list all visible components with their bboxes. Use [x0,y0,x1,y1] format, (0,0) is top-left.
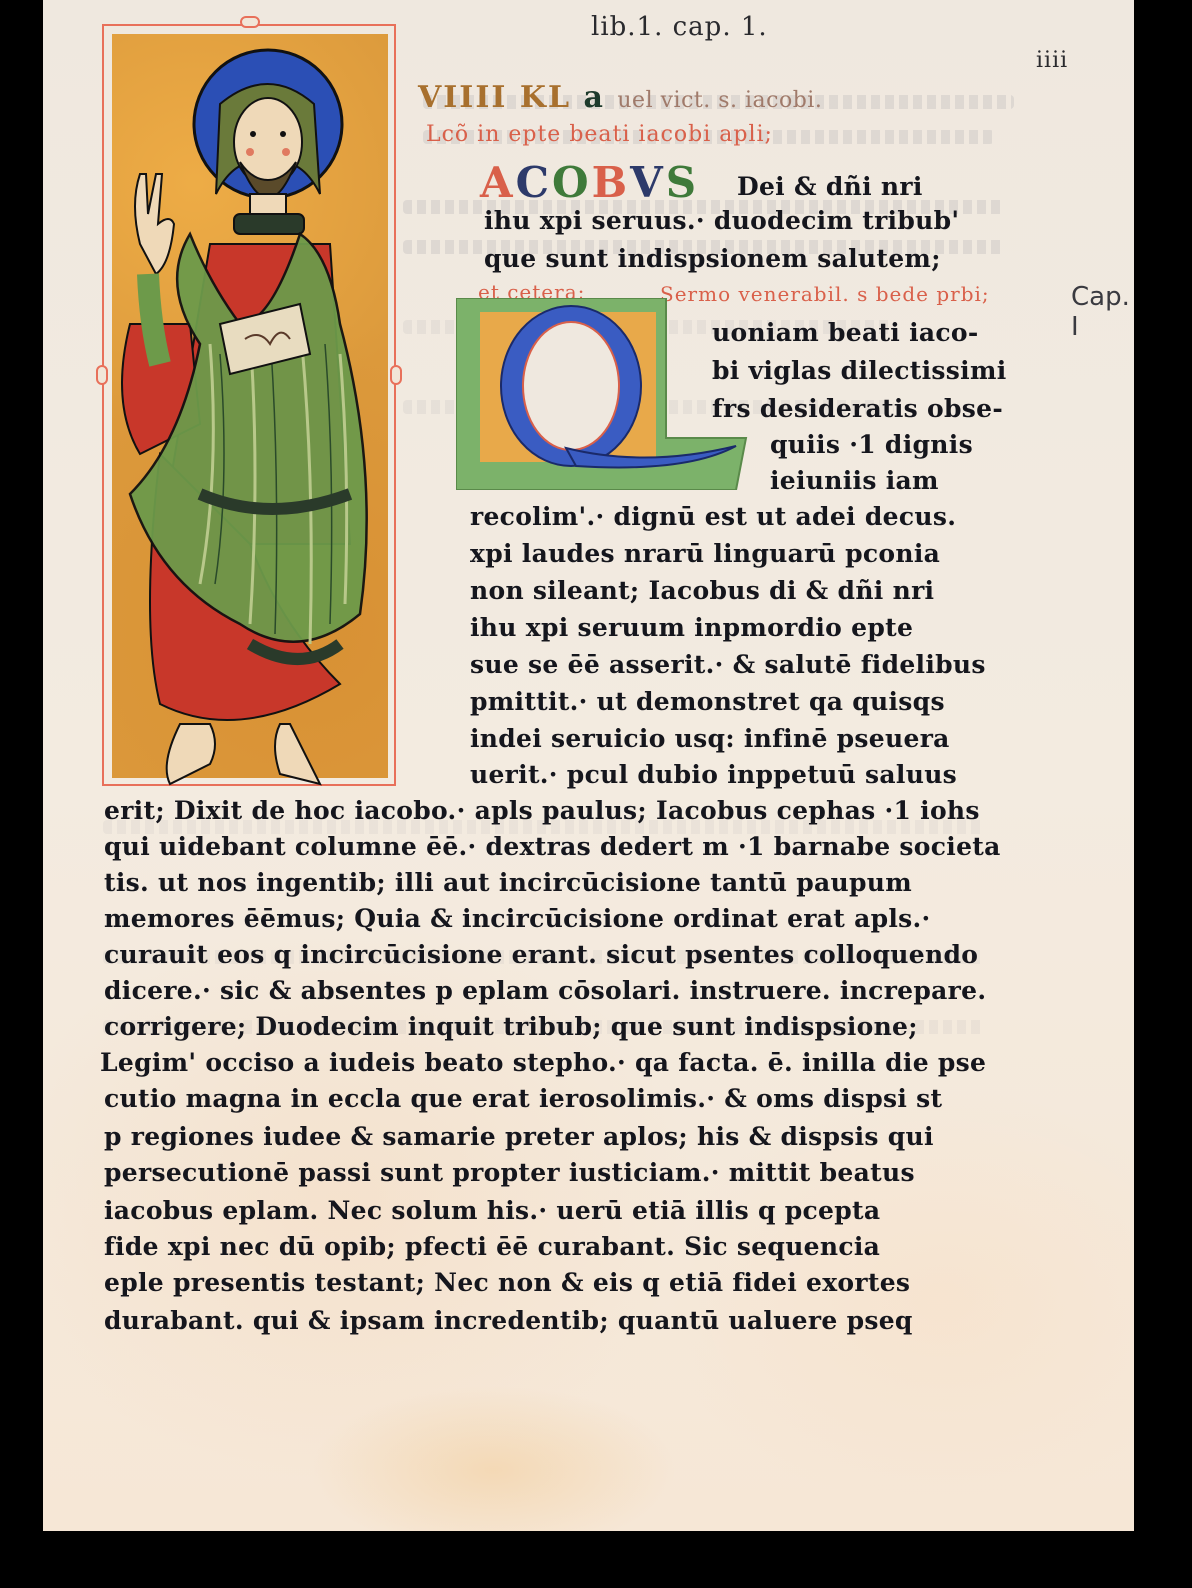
text-line: cutio magna in eccla que erat ierosolimi… [104,1084,942,1113]
text-line: memores ēēmus; Quia & incircūcisione ord… [104,904,931,933]
text-line: frs desideratis obse- [712,394,1003,423]
folio-number: iiii [1036,48,1068,73]
title-letter: B [592,158,631,207]
title-letter: A [480,158,516,207]
text-line: pmittit.· ut demonstret qa quisqs [470,687,945,716]
text-line: p regiones iudee & samarie preter aplos;… [104,1122,934,1151]
title-letter: S [666,158,699,207]
title-letter: O [552,158,592,207]
text-line: ihu xpi seruum inpmordio epte [470,613,913,642]
text-line: Legim' occiso a iudeis beato stepho.· qa… [100,1048,986,1077]
text-line: uoniam beati iaco- [712,318,979,347]
text-line: bi viglas dilectissimi [712,356,1007,385]
illuminated-initial-q [456,298,750,490]
text-line: tis. ut nos ingentib; illi aut incircūci… [104,868,912,897]
text-line: qui uidebant columne ēē.· dextras dedert… [104,832,1001,861]
text-line: ihu xpi seruus.· duodecim tribub' [484,206,959,235]
saint-james-figure [100,24,400,794]
text-line: fide xpi nec dū opib; pfecti ēē curabant… [104,1232,880,1261]
text-line: persecutionē passi sunt propter iusticia… [104,1158,915,1187]
title-iacobus: ACOBVS [480,158,699,207]
text-line: recolim'.· dignū est ut adei decus. [470,502,956,531]
incipit-heading: VIIII KL a uel vict. s. iacobi. [418,80,822,115]
text-line: sue se ēē asserit.· & salutē fidelibus [470,650,986,679]
rubric-lection-title: Lcõ in epte beati iacobi apli; [426,122,773,147]
text-line: eple presentis testant; Nec non & eis q … [104,1268,910,1297]
title-letter: V [630,158,666,207]
incipit-date-gold: VIIII K [418,80,548,115]
text-line: Dei & dñi nri [737,172,923,201]
margin-chapter-note: Cap. I [1071,282,1134,342]
text-line: uerit.· pcul dubio inppetuū saluus [470,760,957,789]
incipit-faded-text: uel vict. s. iacobi. [617,88,822,113]
text-line: erit; Dixit de hoc iacobo.· apls paulus;… [104,796,980,825]
text-line: indei seruicio usq: infinē pseuera [470,724,950,753]
text-line: xpi laudes nrarū linguarū pconia [470,539,940,568]
incipit-a: a [583,80,604,115]
text-line: iacobus eplam. Nec solum his.· uerū etiā… [104,1196,880,1225]
title-letter: C [516,158,552,207]
text-line: ieiuniis iam [770,466,939,495]
text-line: quiis ·1 dignis [770,430,973,459]
text-line: non sileant; Iacobus di & dñi nri [470,576,934,605]
text-line: durabant. qui & ipsam incredentib; quant… [104,1306,913,1335]
text-line: que sunt indispsionem salutem; [484,244,941,273]
running-head: lib.1. cap. 1. [591,12,768,42]
text-line: corrigere; Duodecim inquit tribub; que s… [104,1012,918,1041]
incipit-letter: L [548,80,571,115]
blessing-hand-icon [135,174,174,274]
text-line: curauit eos q incircūcisione erant. sicu… [104,940,978,969]
text-line: dicere.· sic & absentes p eplam cōsolari… [104,976,986,1005]
